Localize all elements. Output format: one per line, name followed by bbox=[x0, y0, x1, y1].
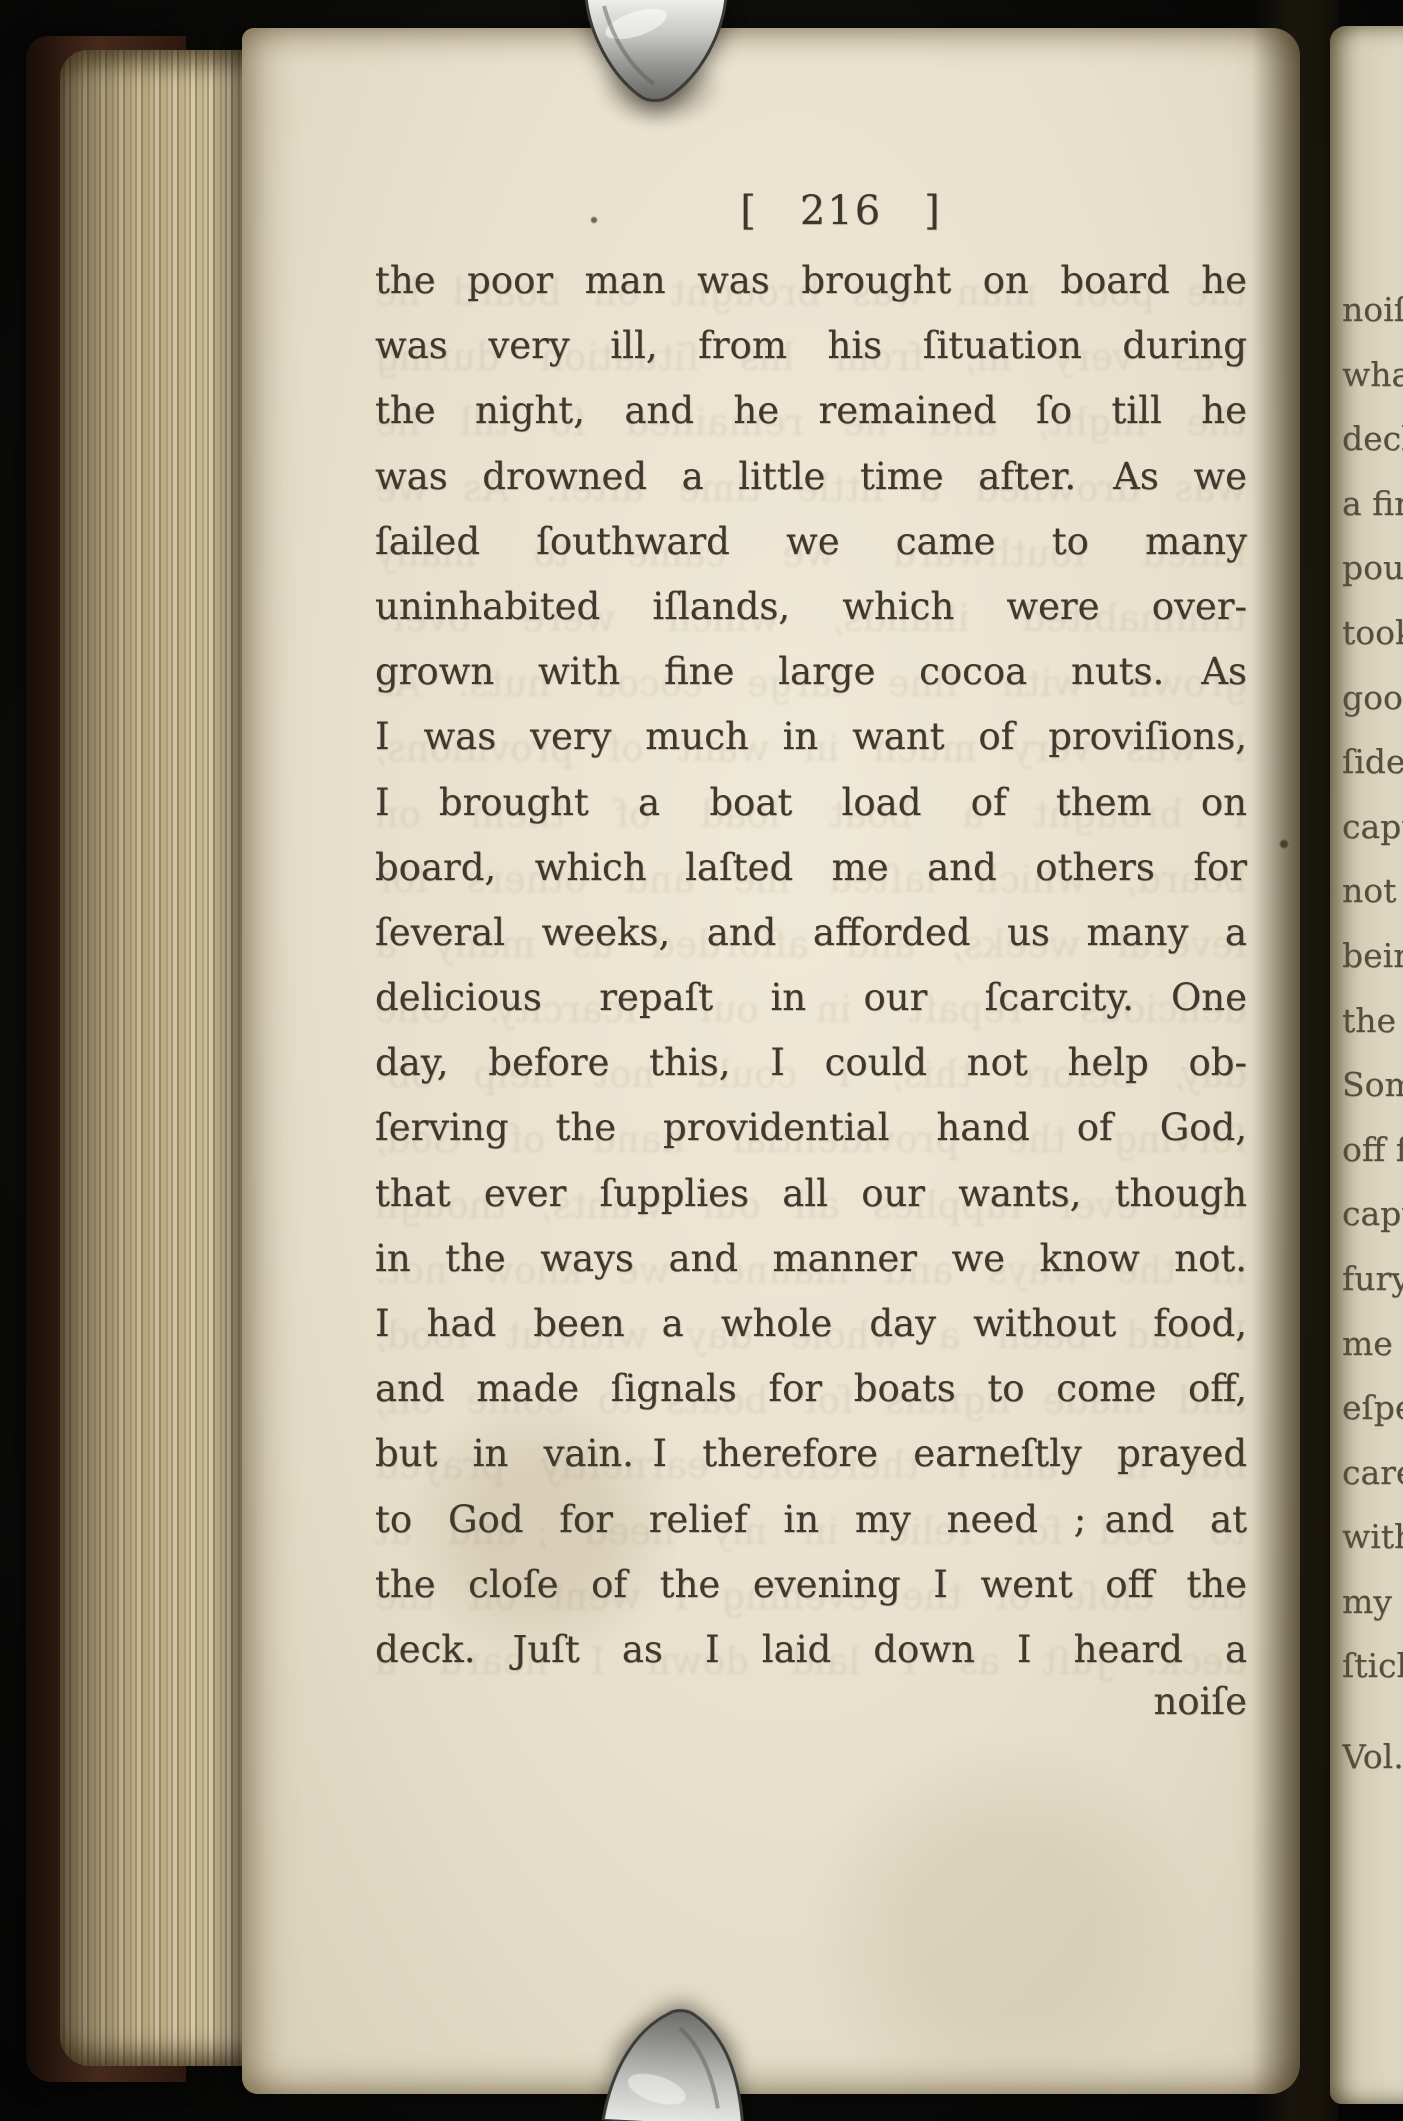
body-text-line: was drowned a little time after. As we bbox=[375, 444, 1247, 509]
body-text-line: delicious repaſt in our ſcarcity. One bbox=[375, 965, 1247, 1030]
facing-text-line: captain bbox=[1342, 1182, 1403, 1247]
facing-text-line: my m bbox=[1342, 1570, 1403, 1635]
body-text-line: I brought a boat load of them on bbox=[375, 770, 1247, 835]
facing-page-edge: noiſe owhat itdeck aga finepoundstook it… bbox=[1330, 26, 1403, 2104]
body-text-line: in the ways and manner we know not. bbox=[375, 1226, 1247, 1291]
body-text-line: the cloſe of the evening I went off the bbox=[375, 1552, 1247, 1617]
catchword: noiſe bbox=[375, 1680, 1247, 1723]
body-text-line: the night, and he remained ſo till he bbox=[375, 378, 1247, 443]
facing-text-line: noiſe o bbox=[1342, 278, 1403, 343]
body-text-line: I was very much in want of proviſions, bbox=[375, 704, 1247, 769]
body-text-line: was very ill, from his ſituation during bbox=[375, 313, 1247, 378]
facing-text-line: fury o bbox=[1342, 1247, 1403, 1312]
facing-text-line: the reſ bbox=[1342, 989, 1403, 1054]
body-text-line: board, which laſted me and others for bbox=[375, 835, 1247, 900]
body-text-line: uninhabited iſlands, which were over- bbox=[375, 574, 1247, 639]
facing-text-line: Vol. bbox=[1342, 1725, 1403, 1790]
facing-text-line: eſpecia bbox=[1342, 1376, 1403, 1441]
facing-text-line: Someti bbox=[1342, 1053, 1403, 1118]
body-text-line: the poor man was brought on board he bbox=[375, 248, 1247, 313]
facing-text-line: not at bbox=[1342, 859, 1403, 924]
facing-text-line: being bbox=[1342, 924, 1403, 989]
facing-text-line: pounds bbox=[1342, 536, 1403, 601]
facing-text-line: career, bbox=[1342, 1441, 1403, 1506]
body-text-line: ſailed ſouthward we came to many bbox=[375, 509, 1247, 574]
body-text-line: that ever ſupplies all our wants, though bbox=[375, 1161, 1247, 1226]
facing-text-line: with d bbox=[1342, 1505, 1403, 1570]
facing-text-line: ſidered bbox=[1342, 730, 1403, 795]
body-text-line: to God for relief in my need ; and at bbox=[375, 1487, 1247, 1552]
facing-text-line: what it bbox=[1342, 343, 1403, 408]
page-body-text: the poor man was brought on board hewas … bbox=[375, 248, 1247, 1682]
body-text-line: deck. Juſt as I laid down I heard a bbox=[375, 1617, 1247, 1682]
page-number-header: [ 216 ] bbox=[405, 188, 1277, 234]
bottom-clip-shadow bbox=[600, 2012, 750, 2092]
facing-text-line: deck ag bbox=[1342, 407, 1403, 472]
body-text-line: day, before this, I could not help ob- bbox=[375, 1030, 1247, 1095]
facing-page-text-fragments: noiſe owhat itdeck aga finepoundstook it… bbox=[1342, 278, 1403, 1790]
page-gutter-shadow bbox=[1252, 0, 1338, 2121]
facing-text-line: took it, bbox=[1342, 601, 1403, 666]
facing-text-line: ſtick bbox=[1342, 1634, 1403, 1699]
facing-text-line: good h bbox=[1342, 666, 1403, 731]
body-text-line: I had been a whole day without food, bbox=[375, 1291, 1247, 1356]
facing-text-line: captai bbox=[1342, 795, 1403, 860]
facing-text-line: off for bbox=[1342, 1118, 1403, 1183]
facing-text-line: me fe bbox=[1342, 1312, 1403, 1377]
body-text-line: and made ſignals for boats to come off, bbox=[375, 1356, 1247, 1421]
body-text-line: ſeveral weeks, and afforded us many a bbox=[375, 900, 1247, 965]
body-text-line: but in vain. I therefore earneſtly praye… bbox=[375, 1421, 1247, 1486]
page-edge-stack bbox=[60, 50, 260, 2066]
book-page-216: the poor man was brought on board hewas … bbox=[242, 28, 1300, 2094]
body-text-line: ſerving the providential hand of God, bbox=[375, 1095, 1247, 1160]
body-text-line: grown with fine large cocoa nuts. As bbox=[375, 639, 1247, 704]
top-clip-shadow bbox=[596, 58, 726, 128]
facing-text-line: a fine bbox=[1342, 472, 1403, 537]
